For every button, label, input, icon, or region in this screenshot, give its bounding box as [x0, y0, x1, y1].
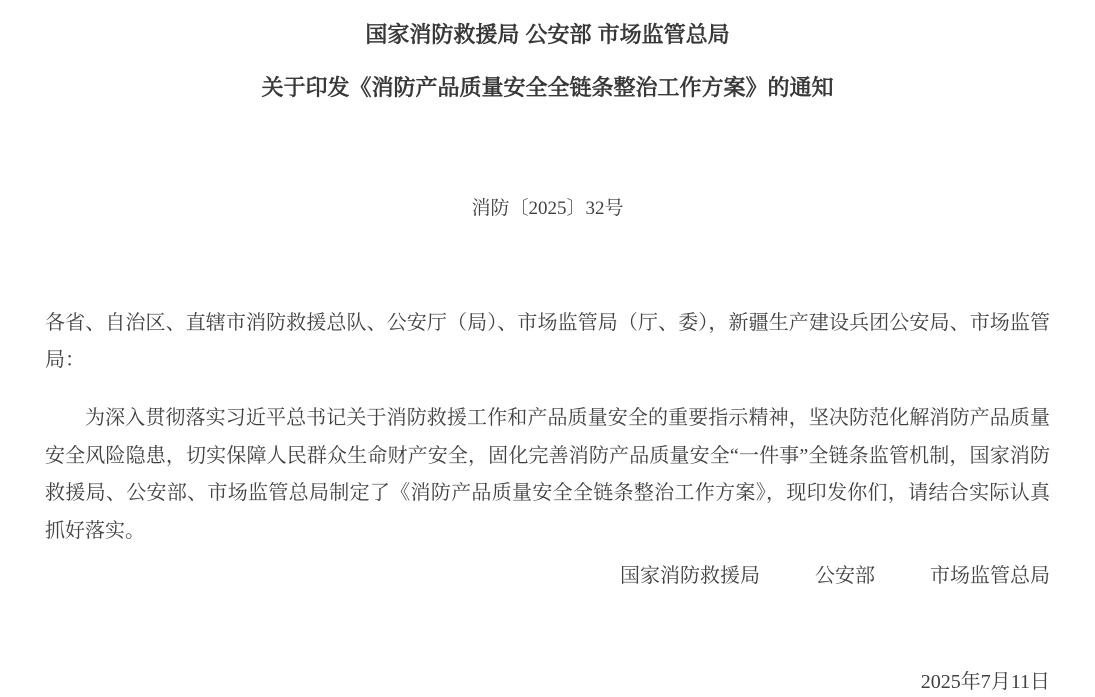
document-page: 国家消防救援局 公安部 市场监管总局 关于印发《消防产品质量安全全链条整治工作方… — [0, 0, 1095, 697]
signature-org-fire-rescue: 国家消防救援局 — [620, 561, 760, 591]
document-content: 国家消防救援局 公安部 市场监管总局 关于印发《消防产品质量安全全链条整治工作方… — [0, 0, 1095, 697]
document-title-agencies: 国家消防救援局 公安部 市场监管总局 — [45, 22, 1050, 48]
body-paragraph: 为深入贯彻落实习近平总书记关于消防救援工作和产品质量安全的重要指示精神，坚决防范… — [45, 400, 1050, 550]
signature-org-market-regulation: 市场监管总局 — [930, 561, 1050, 591]
signature-row: 国家消防救援局 公安部 市场监管总局 — [45, 561, 1050, 591]
signature-org-public-security: 公安部 — [815, 561, 875, 591]
document-title-subject: 关于印发《消防产品质量安全全链条整治工作方案》的通知 — [45, 75, 1050, 101]
document-date: 2025年7月11日 — [45, 667, 1050, 697]
recipients-line: 各省、自治区、直辖市消防救援总队、公安厅（局）、市场监管局（厅、委），新疆生产建… — [45, 305, 1050, 379]
document-number: 消防〔2025〕32号 — [45, 193, 1050, 220]
